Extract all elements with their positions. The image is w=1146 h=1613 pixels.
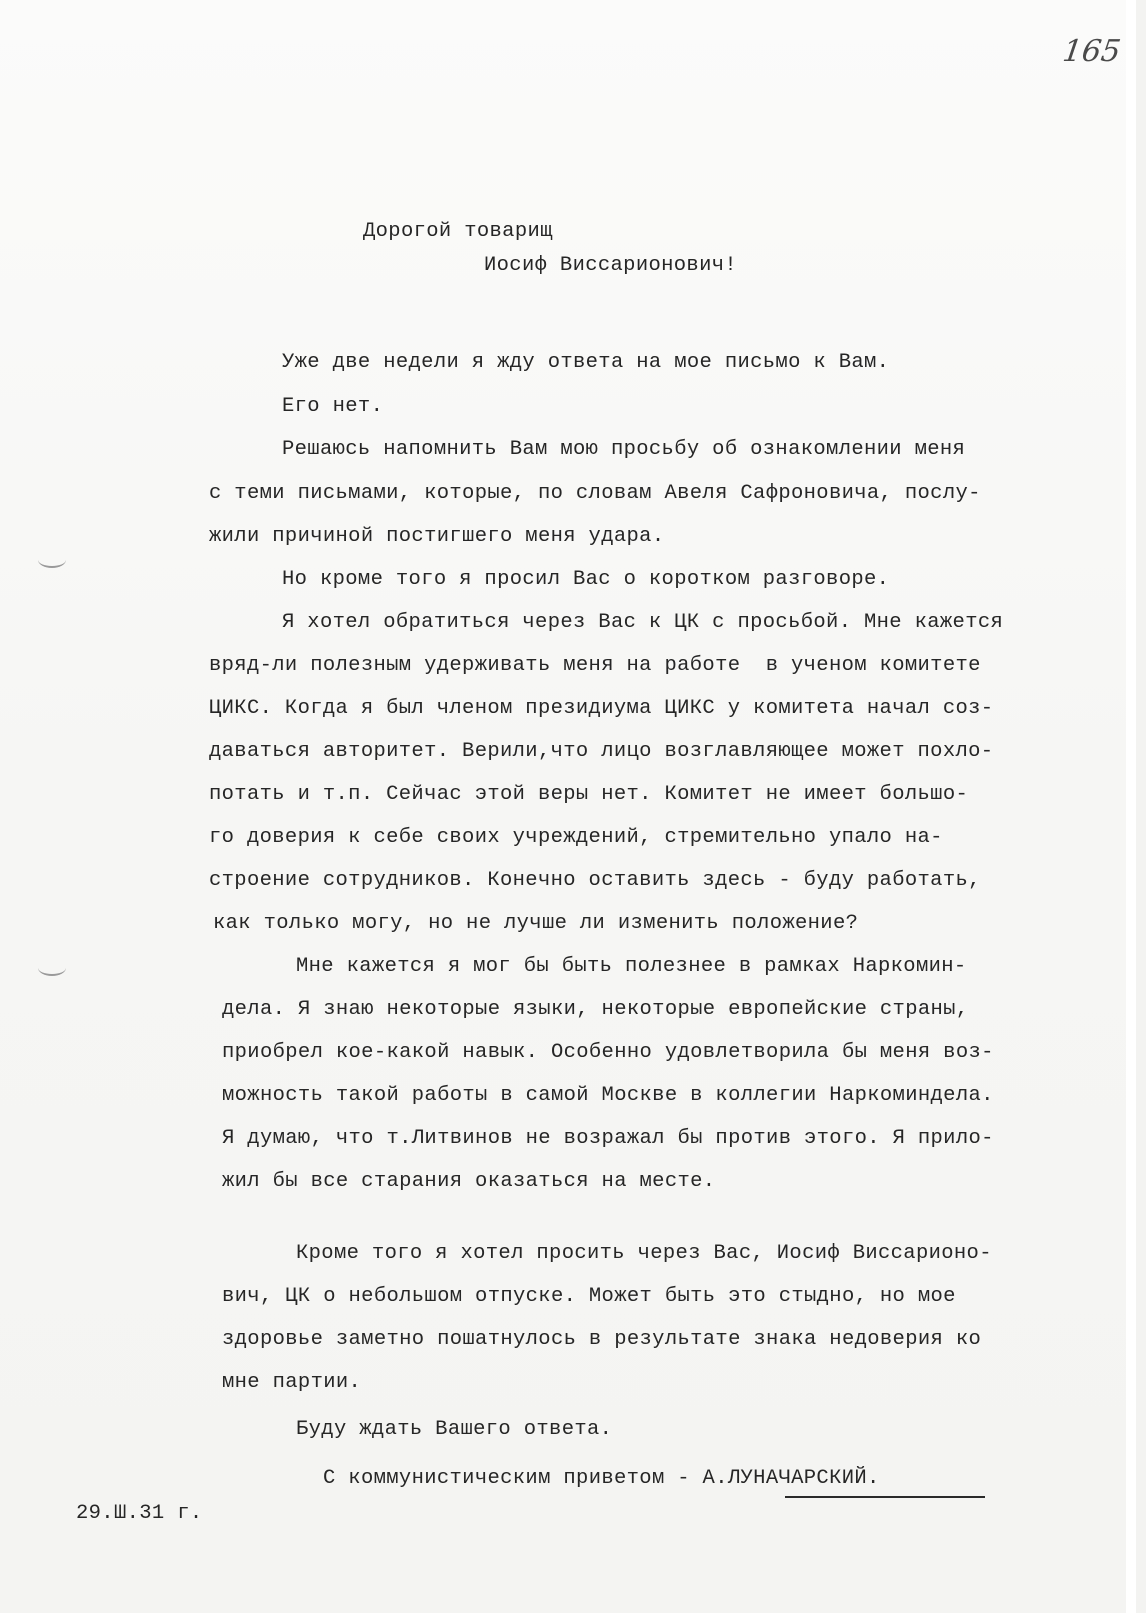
body-line: строение сотрудников. Конечно оставить з… <box>209 869 981 893</box>
body-line: дела. Я знаю некоторые языки, некоторые … <box>222 998 968 1022</box>
body-line: можность такой работы в самой Москве в к… <box>222 1084 994 1108</box>
body-line: Кроме того я хотел просить через Вас, Ио… <box>296 1242 992 1266</box>
salutation-line-2: Иосиф Виссарионович! <box>484 254 737 278</box>
archive-page-number: 165 <box>1061 34 1123 69</box>
body-line: Буду ждать Вашего ответа. <box>296 1418 612 1442</box>
body-line: вряд-ли полезным удерживать меня на рабо… <box>209 654 981 678</box>
body-line: Я думаю, что т.Литвинов не возражал бы п… <box>222 1127 994 1151</box>
body-line: с теми письмами, которые, по словам Авел… <box>209 482 981 506</box>
document-page: 165 Дорогой товарищ Иосиф Виссарионович!… <box>0 0 1136 1613</box>
body-line: вич, ЦК о небольшом отпуске. Может быть … <box>222 1285 956 1309</box>
body-line: жили причиной постигшего меня удара. <box>209 525 664 549</box>
closing-signature: С коммунистическим приветом - А.ЛУНАЧАРС… <box>323 1467 880 1491</box>
body-line: го доверия к себе своих учреждений, стре… <box>209 826 943 850</box>
signature-underline <box>785 1496 985 1498</box>
salutation-line-1: Дорогой товарищ <box>363 220 553 244</box>
body-line: здоровье заметно пошатнулось в результат… <box>222 1328 981 1352</box>
punch-hole-mark <box>38 960 66 976</box>
body-line: как только могу, но не лучше ли изменить… <box>213 912 858 936</box>
body-line: Но кроме того я просил Вас о коротком ра… <box>282 568 889 592</box>
body-line: Его нет. <box>282 395 383 419</box>
body-line: ЦИКС. Когда я был членом президиума ЦИКС… <box>209 697 993 721</box>
document-date: 29.Ш.31 г. <box>76 1502 203 1526</box>
body-line: Мне кажется я мог бы быть полезнее в рам… <box>296 955 967 979</box>
body-line: даваться авторитет. Верили,что лицо возг… <box>209 740 993 764</box>
body-line: жил бы все старания оказаться на месте. <box>222 1170 715 1194</box>
body-line: потать и т.п. Сейчас этой веры нет. Коми… <box>209 783 968 807</box>
punch-hole-mark <box>38 552 66 568</box>
body-line: приобрел кое-какой навык. Особенно удовл… <box>222 1041 994 1065</box>
body-line: Уже две недели я жду ответа на мое письм… <box>282 351 889 375</box>
body-line: Я хотел обратиться через Вас к ЦК с прос… <box>282 611 1003 635</box>
body-line: Решаюсь напомнить Вам мою просьбу об озн… <box>282 438 965 462</box>
body-line: мне партии. <box>222 1371 361 1395</box>
page-edge <box>1126 0 1136 1613</box>
